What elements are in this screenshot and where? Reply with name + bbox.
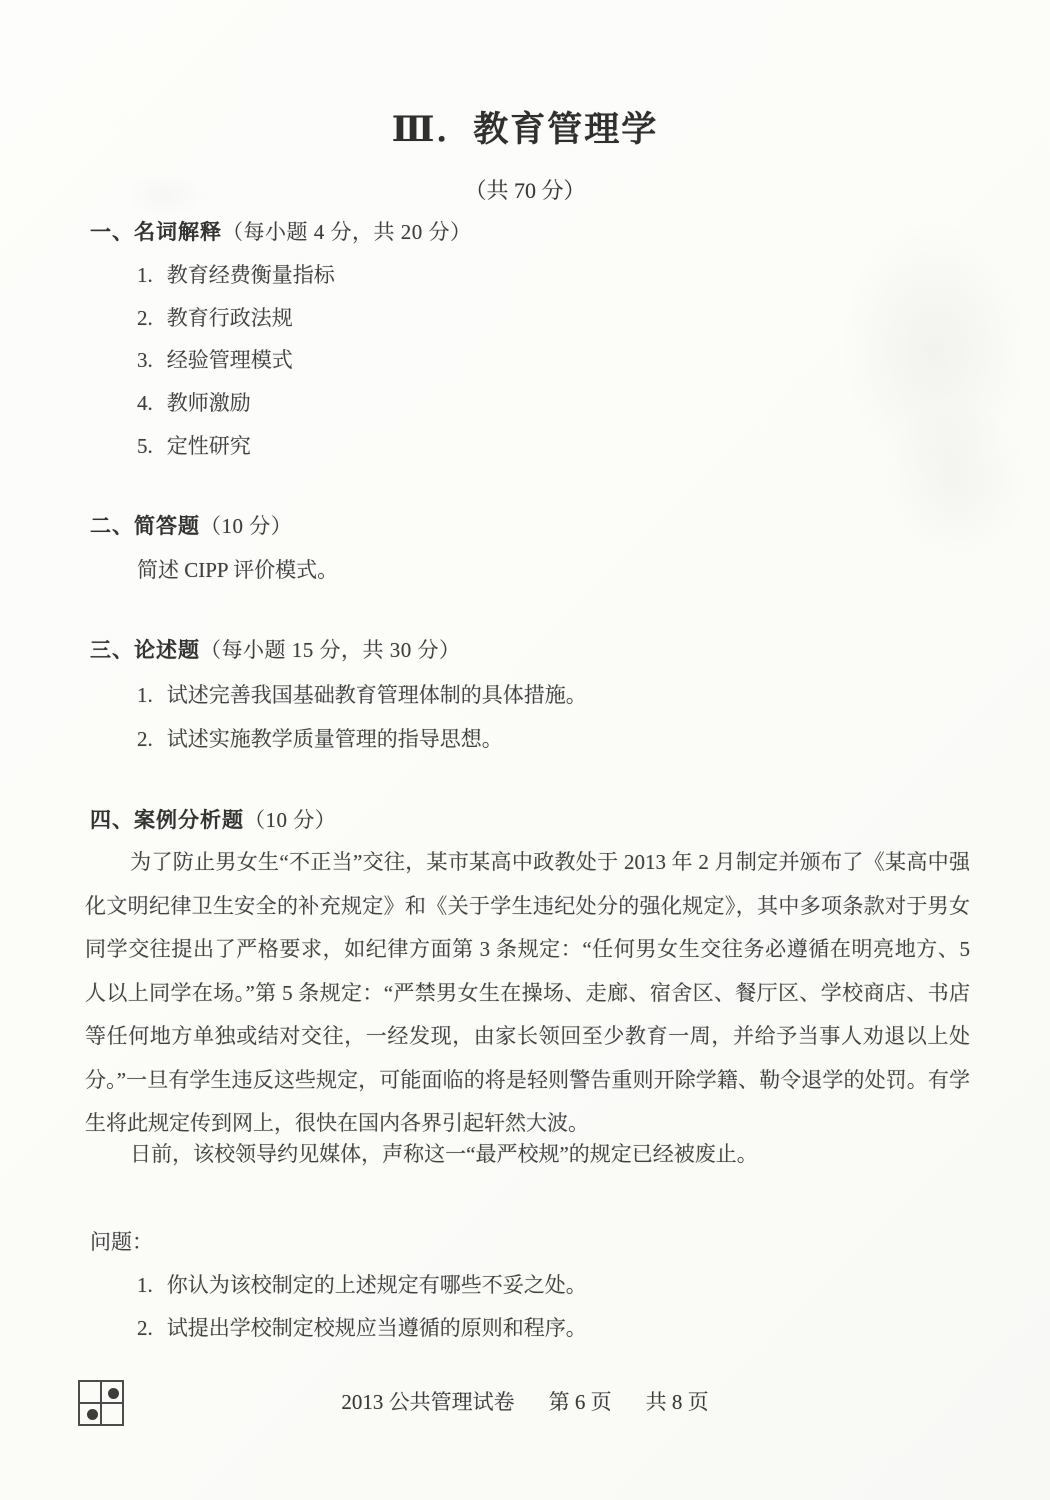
item-text: 教育行政法规 xyxy=(167,306,293,330)
item-number: 3. xyxy=(137,348,153,372)
section-2-meta: （10 分） xyxy=(200,514,292,538)
item-number: 4. xyxy=(137,391,153,415)
scan-smudge xyxy=(880,400,1030,560)
term-item-4: 4.教师激励 xyxy=(137,393,251,414)
case-question-2: 2.试提出学校制定校规应当遵循的原则和程序。 xyxy=(137,1318,587,1339)
scan-smudge xyxy=(840,220,1030,480)
section-4-meta: （10 分） xyxy=(244,808,336,832)
case-paragraph-1: 为了防止男女生“不正当”交往，某市某高中政教处于 2013 年 2 月制定并颁布… xyxy=(85,841,970,1146)
term-item-3: 3.经验管理模式 xyxy=(137,350,293,371)
short-answer-prompt: 简述 CIPP 评价模式。 xyxy=(137,560,338,581)
section-2-name: 二、简答题 xyxy=(90,515,200,538)
item-number: 5. xyxy=(137,434,153,458)
section-1-meta: （每小题 4 分，共 20 分） xyxy=(222,220,472,244)
page-title: Ⅲ．教育管理学 xyxy=(0,112,1050,147)
item-text: 你认为该校制定的上述规定有哪些不妥之处。 xyxy=(167,1273,587,1297)
exam-page-scan: Ⅲ．教育管理学 （共 70 分） 一、名词解释（每小题 4 分，共 20 分） … xyxy=(0,0,1050,1500)
item-number: 1. xyxy=(137,263,153,287)
item-text: 教师激励 xyxy=(167,391,251,415)
item-text: 教育经费衡量指标 xyxy=(167,263,335,287)
item-number: 2. xyxy=(137,1316,153,1340)
term-item-2: 2.教育行政法规 xyxy=(137,308,293,329)
footer-exam-name: 2013 公共管理试卷 xyxy=(341,1392,514,1413)
questions-label: 问题： xyxy=(90,1232,153,1253)
section-1-name: 一、名词解释 xyxy=(90,221,222,244)
term-item-1: 1.教育经费衡量指标 xyxy=(137,265,335,286)
section-4-name: 四、案例分析题 xyxy=(90,809,244,832)
term-item-5: 5.定性研究 xyxy=(137,436,251,457)
item-number: 2. xyxy=(137,727,153,751)
section-3-name: 三、论述题 xyxy=(90,639,200,662)
item-number: 1. xyxy=(137,1273,153,1297)
essay-item-2: 2.试述实施教学质量管理的指导思想。 xyxy=(137,729,503,750)
item-text: 定性研究 xyxy=(167,434,251,458)
section-3-heading: 三、论述题（每小题 15 分，共 30 分） xyxy=(90,640,461,661)
total-score-note: （共 70 分） xyxy=(0,180,1050,202)
case-paragraph-2: 日前，该校领导约见媒体，声称这一“最严校规”的规定已经被废止。 xyxy=(85,1144,970,1165)
section-2-heading: 二、简答题（10 分） xyxy=(90,516,292,537)
essay-item-1: 1.试述完善我国基础教育管理体制的具体措施。 xyxy=(137,685,587,706)
item-number: 2. xyxy=(137,306,153,330)
item-text: 试提出学校制定校规应当遵循的原则和程序。 xyxy=(167,1316,587,1340)
item-number: 1. xyxy=(137,683,153,707)
item-text: 简述 CIPP 评价模式。 xyxy=(137,558,338,582)
section-1-heading: 一、名词解释（每小题 4 分，共 20 分） xyxy=(90,222,472,243)
footer-page-number: 第 6 页 xyxy=(549,1392,612,1413)
section-3-meta: （每小题 15 分，共 30 分） xyxy=(200,638,461,662)
case-question-1: 1.你认为该校制定的上述规定有哪些不妥之处。 xyxy=(137,1275,587,1296)
page-footer: 2013 公共管理试卷 第 6 页 共 8 页 xyxy=(0,1392,1050,1413)
footer-page-total: 共 8 页 xyxy=(646,1392,709,1413)
section-4-heading: 四、案例分析题（10 分） xyxy=(90,810,336,831)
item-text: 经验管理模式 xyxy=(167,348,293,372)
item-text: 试述完善我国基础教育管理体制的具体措施。 xyxy=(167,683,587,707)
item-text: 试述实施教学质量管理的指导思想。 xyxy=(167,727,503,751)
